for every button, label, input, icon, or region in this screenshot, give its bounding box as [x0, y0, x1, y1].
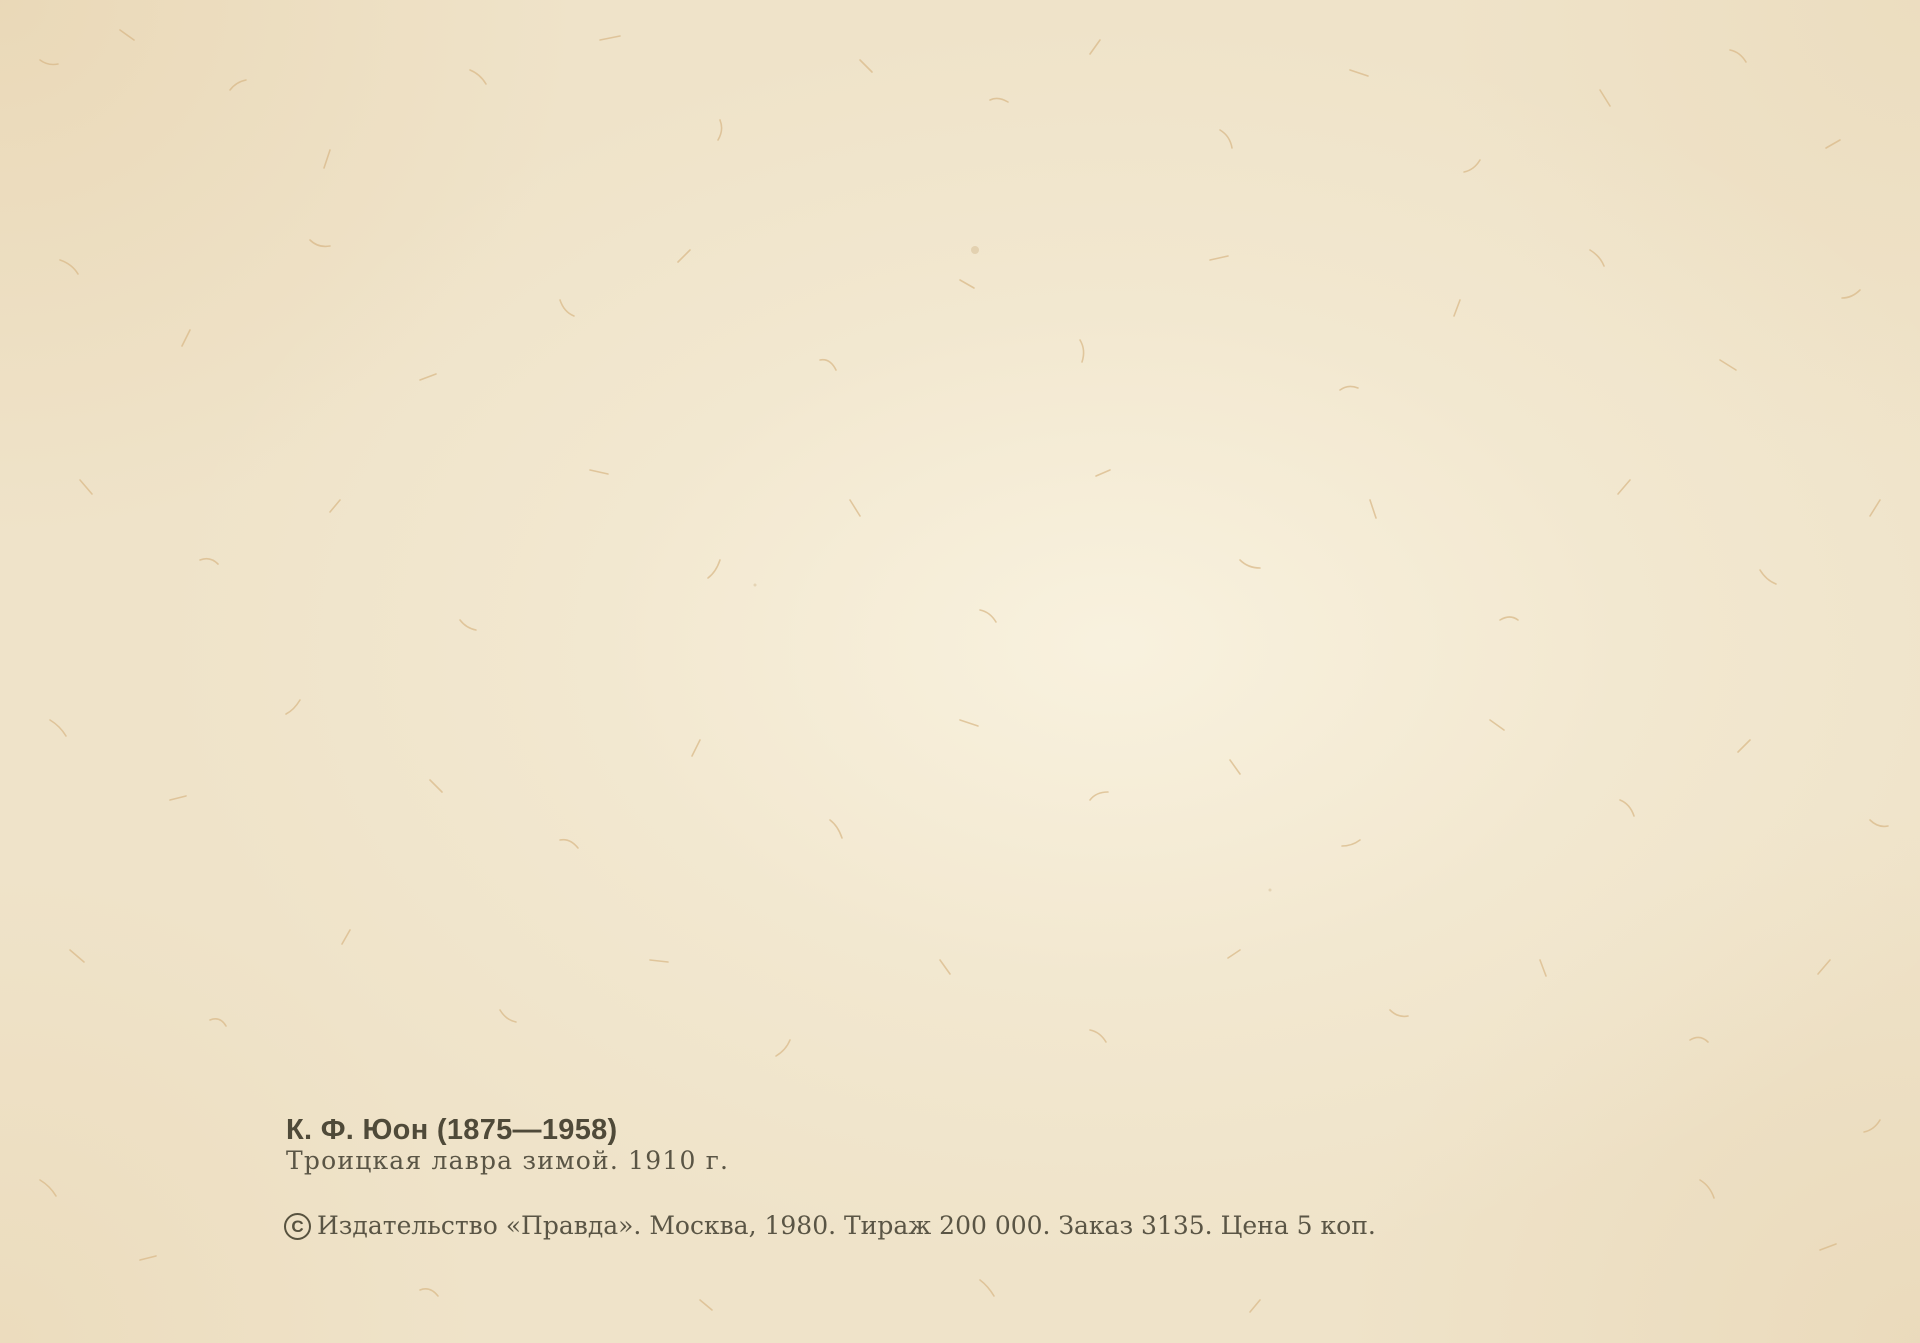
publisher-imprint: C Издательство «Правда». Москва, 1980. Т…	[284, 1210, 1376, 1242]
copyright-icon: C	[284, 1213, 311, 1240]
artwork-title: Троицкая лавра зимой. 1910 г.	[286, 1146, 729, 1176]
artist-name: К. Ф. Юон (1875—1958)	[286, 1114, 729, 1146]
imprint-text: Издательство «Правда». Москва, 1980. Тир…	[317, 1210, 1376, 1242]
caption-block: К. Ф. Юон (1875—1958) Троицкая лавра зим…	[286, 1114, 729, 1176]
